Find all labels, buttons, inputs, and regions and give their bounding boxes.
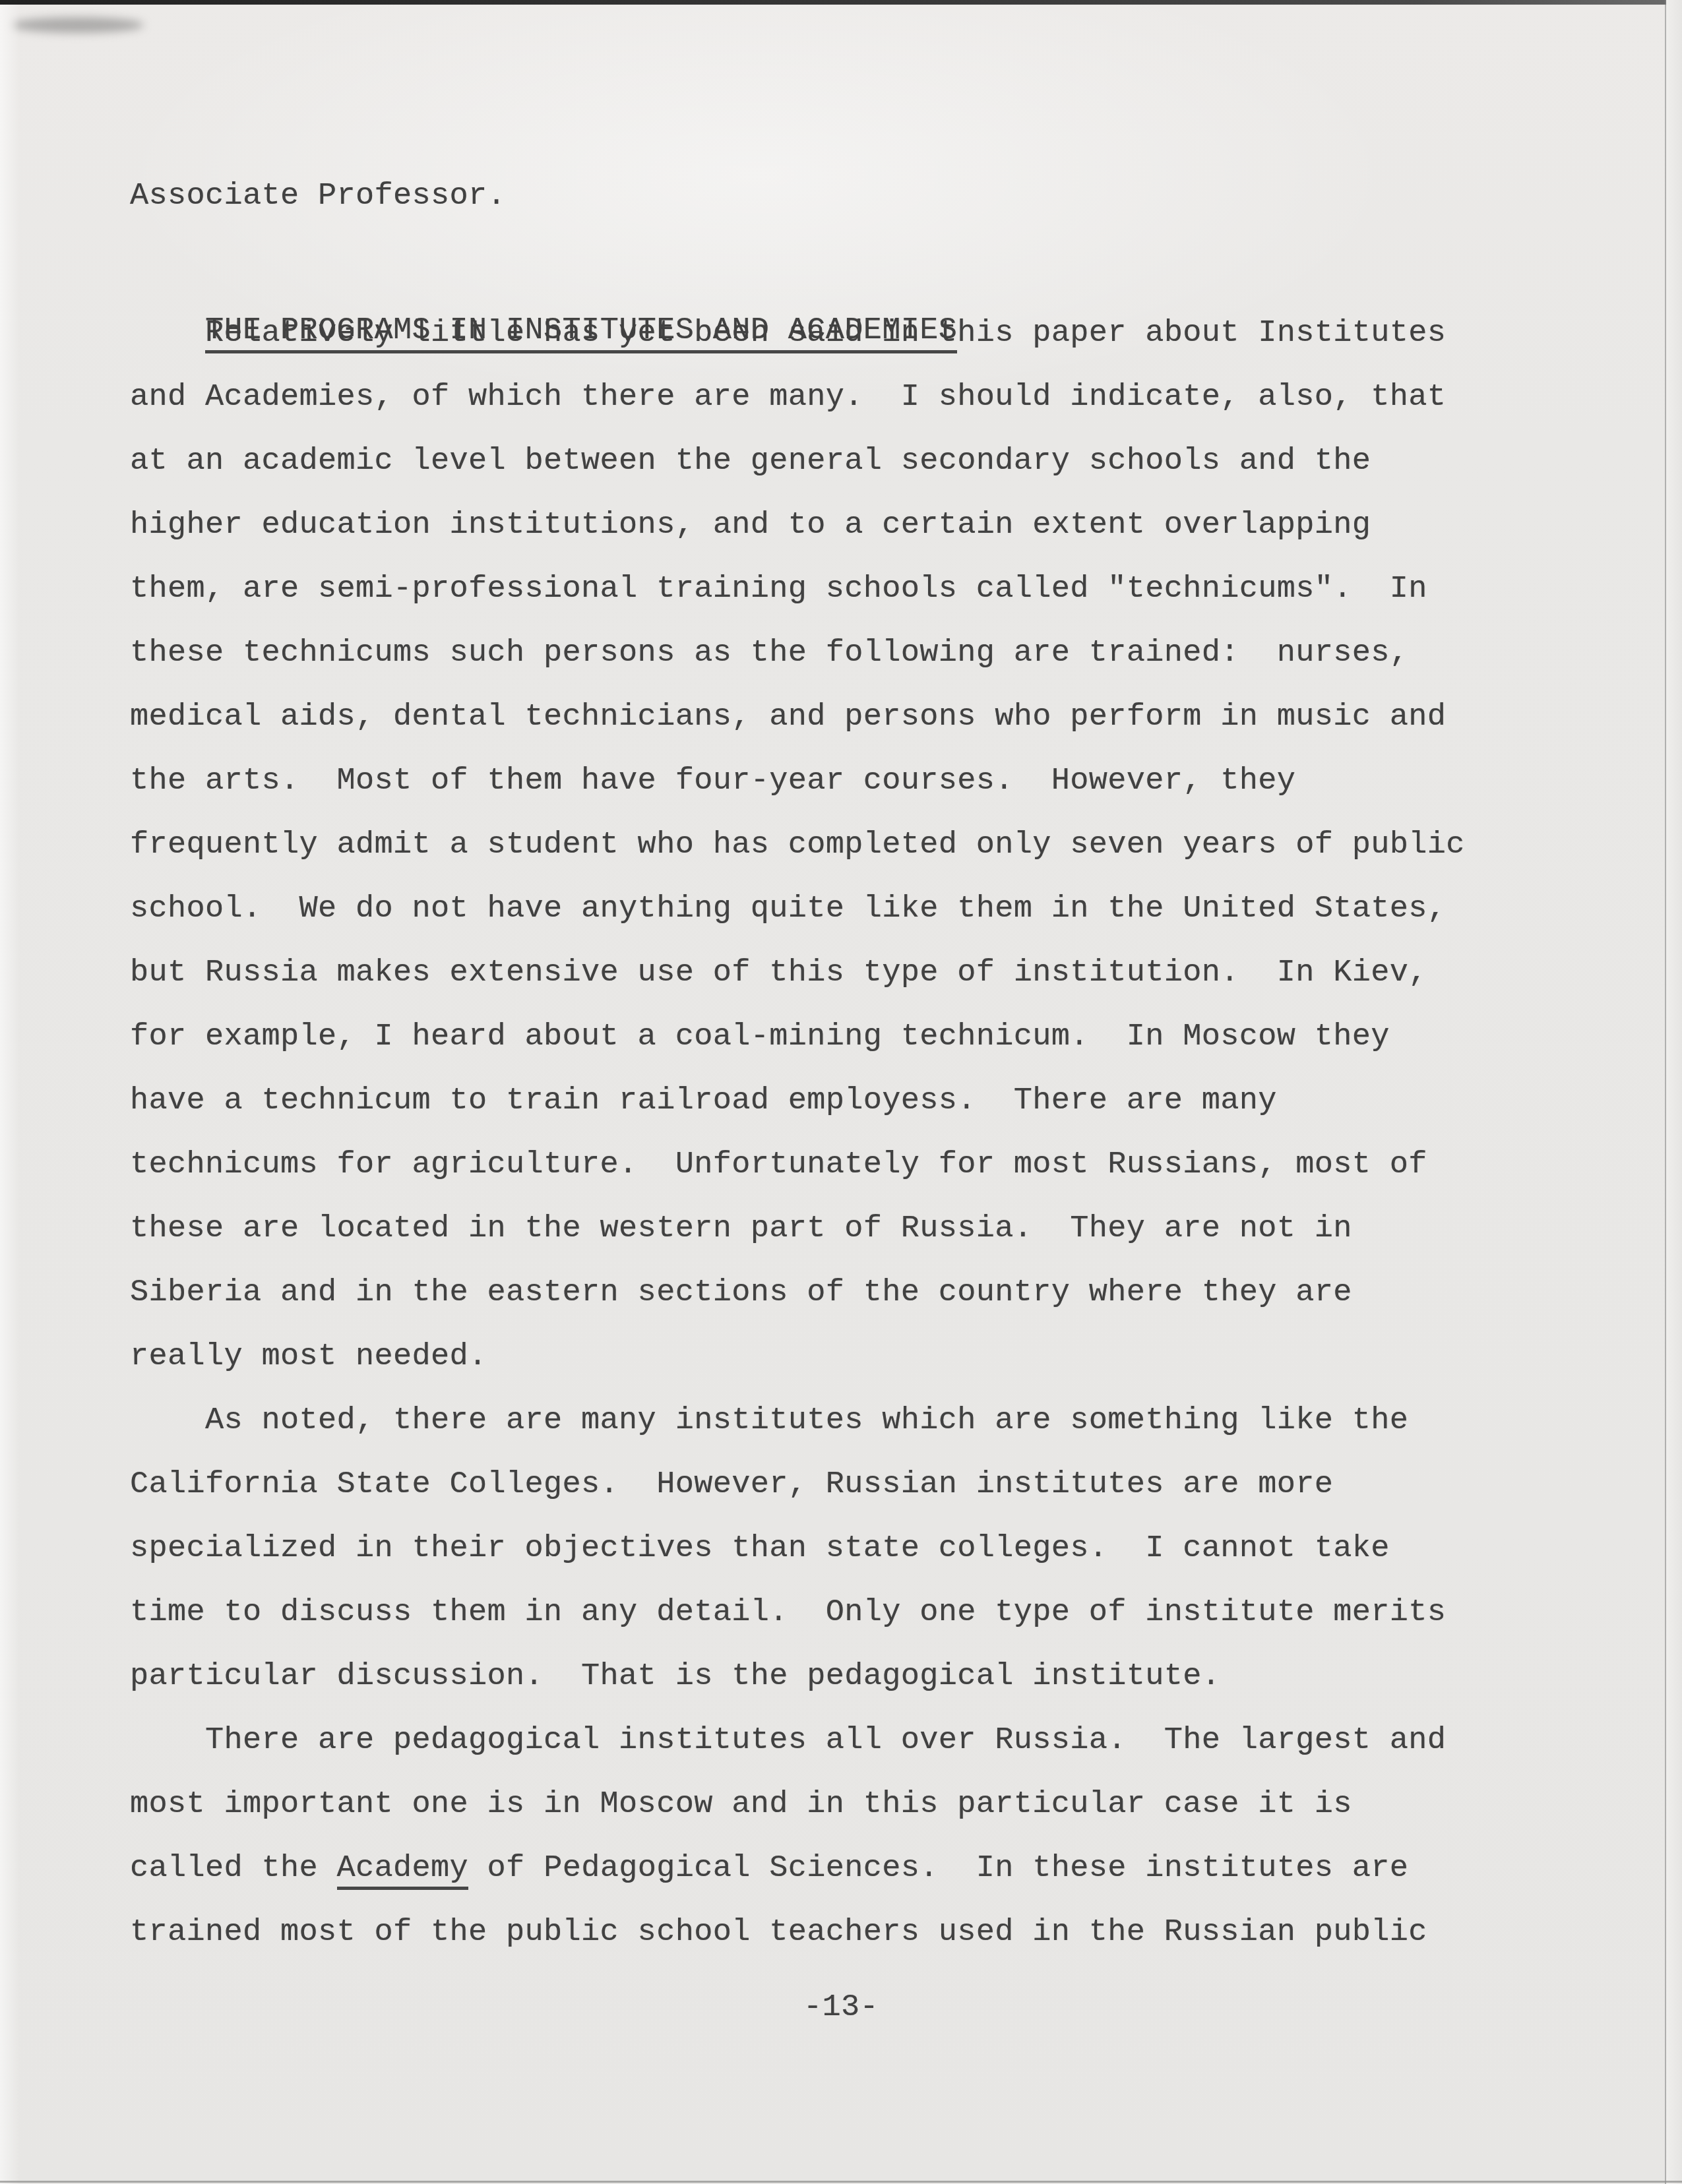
text-line: have a technicum to train railroad emplo… — [130, 1069, 1465, 1133]
text-segment: of Pedagogical Sciences. In these instit… — [468, 1851, 1408, 1886]
text-line: time to discuss them in any detail. Only… — [130, 1581, 1465, 1645]
text-line: medical aids, dental technicians, and pe… — [130, 685, 1465, 749]
text-line: these are located in the western part of… — [130, 1197, 1465, 1261]
text-line: particular discussion. That is the pedag… — [130, 1645, 1465, 1709]
text-line: trained most of the public school teache… — [130, 1900, 1465, 1964]
text-line: really most needed. — [130, 1325, 1465, 1389]
text-line: technicums for agriculture. Unfortunatel… — [130, 1133, 1465, 1197]
page-number: -13- — [0, 1976, 1682, 2040]
text-segment: called the — [130, 1851, 337, 1886]
text-line: Siberia and in the eastern sections of t… — [130, 1261, 1465, 1325]
document-page: Associate Professor. THE PROGRAMS IN INS… — [0, 0, 1682, 2184]
scan-edge-bottom — [0, 2181, 1682, 2183]
text-line: higher education institutions, and to a … — [130, 493, 1465, 557]
text-line: called the Academy of Pedagogical Scienc… — [130, 1836, 1465, 1900]
scan-smudge — [12, 17, 144, 33]
text-line: them, are semi-professional training sch… — [130, 557, 1465, 621]
text-line: Relatively little has yet been said in t… — [130, 301, 1465, 365]
text-line: but Russia makes extensive use of this t… — [130, 941, 1465, 1005]
text-line: California State Colleges. However, Russ… — [130, 1453, 1465, 1517]
salutation-line: Associate Professor. — [130, 164, 506, 228]
text-line: There are pedagogical institutes all ove… — [130, 1709, 1465, 1773]
text-line: and Academies, of which there are many. … — [130, 365, 1465, 429]
text-line: these technicums such persons as the fol… — [130, 621, 1465, 685]
text-line: for example, I heard about a coal-mining… — [130, 1005, 1465, 1069]
scan-edge-right — [1666, 0, 1682, 2184]
underlined-word: Academy — [337, 1851, 469, 1890]
text-line: school. We do not have anything quite li… — [130, 877, 1465, 941]
scan-edge-left — [0, 5, 20, 2184]
text-line: at an academic level between the general… — [130, 429, 1465, 493]
text-line: the arts. Most of them have four-year co… — [130, 749, 1465, 813]
text-line: most important one is in Moscow and in t… — [130, 1773, 1465, 1836]
text-line: frequently admit a student who has compl… — [130, 813, 1465, 877]
scan-edge-top — [0, 0, 1670, 5]
body-text: Relatively little has yet been said in t… — [130, 301, 1465, 1964]
text-line: specialized in their objectives than sta… — [130, 1517, 1465, 1581]
text-line: As noted, there are many institutes whic… — [130, 1389, 1465, 1453]
